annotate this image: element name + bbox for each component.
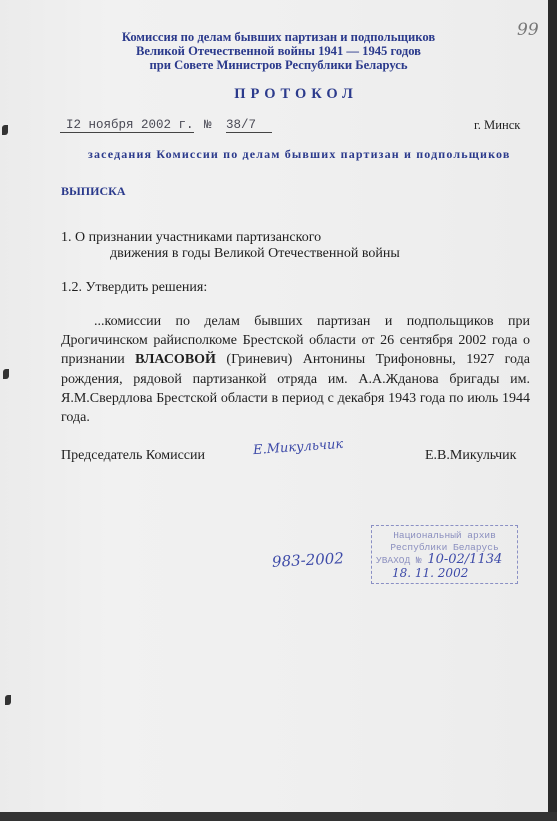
binding-hole-mark bbox=[2, 125, 8, 135]
protocol-subtitle: заседания Комиссии по делам бывших парти… bbox=[88, 147, 510, 162]
document-page: 99 Комиссия по делам бывших партизан и п… bbox=[0, 0, 548, 812]
person-name: ВЛАСОВОЙ bbox=[135, 352, 216, 367]
signatory-name: Е.В.Микульчик bbox=[425, 446, 516, 465]
stamp-incoming-label: УВАХОД № bbox=[376, 555, 422, 566]
item-1-line-2: движения в годы Великой Отечественной во… bbox=[110, 244, 400, 263]
archive-stamp: Национальный архив Республики Беларусь У… bbox=[371, 525, 518, 584]
binding-hole-mark bbox=[5, 695, 11, 705]
handwritten-registration-note: 983-2002 bbox=[272, 549, 345, 571]
extract-label: ВЫПИСКА bbox=[61, 184, 126, 199]
number-label: № bbox=[204, 118, 212, 132]
signature-role: Председатель Комиссии bbox=[61, 446, 205, 465]
item-1-2: 1.2. Утвердить решения: bbox=[61, 278, 207, 297]
header-line-1: Комиссия по делам бывших партизан и подп… bbox=[0, 30, 557, 44]
scan-edge-bottom bbox=[0, 812, 557, 821]
city: г. Минск bbox=[474, 118, 520, 133]
handwritten-signature: Е.Микульчик bbox=[253, 437, 344, 458]
header-line-3: при Совете Министров Республики Беларусь bbox=[0, 58, 557, 72]
protocol-number: 38/7 bbox=[226, 118, 272, 133]
stamp-line-1: Национальный архив bbox=[372, 530, 517, 542]
binding-hole-mark bbox=[3, 369, 9, 379]
protocol-date: I2 ноября 2002 г. bbox=[60, 118, 194, 133]
stamp-incoming-number: 10-02/1134 bbox=[427, 552, 502, 567]
header-line-2: Великой Отечественной войны 1941 — 1945 … bbox=[0, 44, 557, 58]
decision-text: ...комиссии по делам бывших партизан и п… bbox=[61, 312, 530, 427]
stamp-date: 18. 11. 2002 bbox=[392, 566, 468, 580]
document-title: ПРОТОКОЛ bbox=[0, 86, 557, 103]
scan-edge-right bbox=[548, 0, 557, 821]
